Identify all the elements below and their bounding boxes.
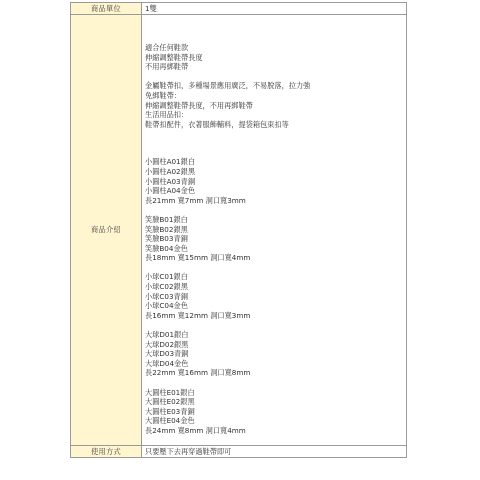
- product-spec-table: 商品單位 1雙 商品介紹 適合任何鞋款 伸縮調整鞋帶長度 不用再綁鞋帶 金屬鞋帶…: [70, 2, 407, 458]
- variant-item: 小球C01銀白: [145, 272, 406, 282]
- variant-item: 大球D04金色: [145, 359, 406, 369]
- variant-item: 小圓柱A02銀黑: [145, 167, 406, 177]
- variant-item: 大圓柱E03青銅: [145, 407, 406, 417]
- variant-size: 長18mm 寬15mm 洞口寬4mm: [145, 253, 406, 263]
- variant-size: 長22mm 寬16mm 洞口寬8mm: [145, 368, 406, 378]
- variant-size: 長24mm 寬8mm 洞口寬4mm: [145, 426, 406, 436]
- feature-line: 金屬鞋帶扣，多種場景應用廣泛，不易脫落，拉力強: [145, 81, 406, 91]
- variant-item: 笑臉B01銀白: [145, 215, 406, 225]
- variant-group-b: 笑臉B01銀白 笑臉B02銀黑 笑臉B03青銅 笑臉B04金色 長18mm 寬1…: [145, 215, 406, 263]
- variant-item: 小圓柱A01銀白: [145, 157, 406, 167]
- product-intro-label: 商品介紹: [71, 15, 142, 446]
- variant-item: 大球D01銀白: [145, 330, 406, 340]
- variant-item: 笑臉B04金色: [145, 244, 406, 254]
- feature-line: 鞋帶扣配件，衣著服飾輔料，提袋箱包束扣等: [145, 120, 406, 130]
- variant-item: 小圓柱A04金色: [145, 186, 406, 196]
- variant-item: 笑臉B03青銅: [145, 234, 406, 244]
- row-usage: 使用方式 只要壓下去再穿過鞋帶即可: [71, 446, 407, 458]
- summary-line: 不用再綁鞋帶: [145, 62, 406, 72]
- variant-size: 長21mm 寬7mm 洞口寬3mm: [145, 196, 406, 206]
- variant-item: 小球C03青銅: [145, 292, 406, 302]
- usage-label: 使用方式: [71, 446, 142, 458]
- variant-item: 笑臉B02銀黑: [145, 225, 406, 235]
- usage-value: 只要壓下去再穿過鞋帶即可: [142, 446, 407, 458]
- variant-group-e: 大圓柱E01銀白 大圓柱E02銀黑 大圓柱E03青銅 大圓柱E04金色 長24m…: [145, 388, 406, 436]
- summary-line: 適合任何鞋款: [145, 43, 406, 53]
- feature-line: 生活用品扣：: [145, 110, 406, 120]
- variant-group-d: 大球D01銀白 大球D02銀黑 大球D03青銅 大球D04金色 長22mm 寬1…: [145, 330, 406, 378]
- row-product-intro: 商品介紹 適合任何鞋款 伸縮調整鞋帶長度 不用再綁鞋帶 金屬鞋帶扣，多種場景應用…: [71, 15, 407, 446]
- product-unit-value: 1雙: [142, 3, 407, 15]
- variant-item: 大圓柱E02銀黑: [145, 397, 406, 407]
- summary-line: 伸縮調整鞋帶長度: [145, 53, 406, 63]
- variant-item: 大圓柱E01銀白: [145, 388, 406, 398]
- feature-line: 免綁鞋帶：: [145, 91, 406, 101]
- variant-item: 大圓柱E04金色: [145, 416, 406, 426]
- variant-size: 長16mm 寬12mm 洞口寬3mm: [145, 311, 406, 321]
- row-product-unit: 商品單位 1雙: [71, 3, 407, 15]
- intro-summary: 適合任何鞋款 伸縮調整鞋帶長度 不用再綁鞋帶: [145, 43, 406, 72]
- variant-group-a: 小圓柱A01銀白 小圓柱A02銀黑 小圓柱A03青銅 小圓柱A04金色 長21m…: [145, 157, 406, 205]
- product-intro-value: 適合任何鞋款 伸縮調整鞋帶長度 不用再綁鞋帶 金屬鞋帶扣，多種場景應用廣泛，不易…: [142, 15, 407, 446]
- variant-group-c: 小球C01銀白 小球C02銀黑 小球C03青銅 小球C04金色 長16mm 寬1…: [145, 272, 406, 320]
- variant-item: 小球C02銀黑: [145, 282, 406, 292]
- variant-item: 小球C04金色: [145, 301, 406, 311]
- variant-item: 大球D03青銅: [145, 349, 406, 359]
- product-unit-label: 商品單位: [71, 3, 142, 15]
- variant-item: 小圓柱A03青銅: [145, 177, 406, 187]
- intro-features: 金屬鞋帶扣，多種場景應用廣泛，不易脫落，拉力強 免綁鞋帶： 伸縮調整鞋帶長度，不…: [145, 81, 406, 129]
- feature-line: 伸縮調整鞋帶長度，不用再綁鞋帶: [145, 101, 406, 111]
- variant-item: 大球D02銀黑: [145, 340, 406, 350]
